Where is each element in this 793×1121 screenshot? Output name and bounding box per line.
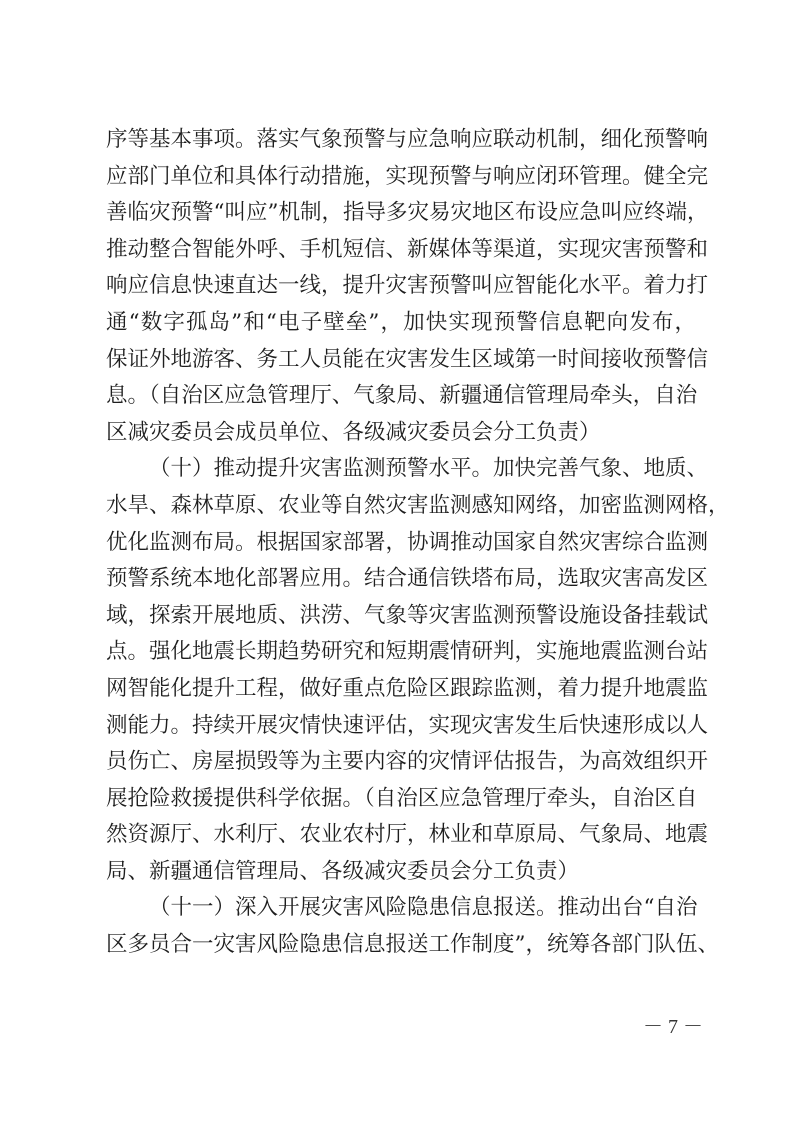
paragraph-section-11: （十一）深入开展灾害风险隐患信息报送。推动出台“自治 区多员合一灾害风险隐患信息… <box>106 890 696 963</box>
text-line: 域，探索开展地质、洪涝、气象等灾害监测预警设施设备挂载试 <box>106 598 696 635</box>
text-line: 优化监测布局。根据国家部署，协调推动国家自然灾害综合监测 <box>106 525 696 562</box>
text-line: 序等基本事项。落实气象预警与应急响应联动机制，细化预警响 <box>106 122 696 159</box>
page-number: － 7 － <box>643 1010 703 1039</box>
paragraph-section-10: （十）推动提升灾害监测预警水平。加快完善气象、地质、 水旱、森林草原、农业等自然… <box>106 451 696 890</box>
text-line: 预警系统本地化部署应用。结合通信铁塔布局，选取灾害高发区 <box>106 561 696 598</box>
text-line: 推动整合智能外呼、手机短信、新媒体等渠道，实现灾害预警和 <box>106 232 696 269</box>
text-line: 应部门单位和具体行动措施，实现预警与响应闭环管理。健全完 <box>106 159 696 196</box>
section-heading-line: （十一）深入开展灾害风险隐患信息报送。推动出台“自治 <box>106 890 696 927</box>
text-line: 保证外地游客、务工人员能在灾害发生区域第一时间接收预警信 <box>106 342 696 379</box>
text-line: 局、新疆通信管理局、各级减灾委员会分工负责） <box>106 854 696 891</box>
paragraph-continued: 序等基本事项。落实气象预警与应急响应联动机制，细化预警响 应部门单位和具体行动措… <box>106 122 696 451</box>
text-line: 员伤亡、房屋损毁等为主要内容的灾情评估报告，为高效组织开 <box>106 744 696 781</box>
text-line: 测能力。持续开展灾情快速评估，实现灾害发生后快速形成以人 <box>106 708 696 745</box>
text-line: 点。强化地震长期趋势研究和短期震情研判，实施地震监测台站 <box>106 634 696 671</box>
text-line: 善临灾预警“叫应”机制，指导多灾易灾地区布设应急叫应终端， <box>106 195 696 232</box>
section-heading-line: （十）推动提升灾害监测预警水平。加快完善气象、地质、 <box>106 451 696 488</box>
body-text: 序等基本事项。落实气象预警与应急响应联动机制，细化预警响 应部门单位和具体行动措… <box>106 122 696 964</box>
text-line: 网智能化提升工程，做好重点危险区跟踪监测，着力提升地震监 <box>106 671 696 708</box>
text-line: 区多员合一灾害风险隐患信息报送工作制度”，统筹各部门队伍、 <box>106 927 696 964</box>
text-line: 响应信息快速直达一线，提升灾害预警叫应智能化水平。着力打 <box>106 268 696 305</box>
text-line: 通“数字孤岛”和“电子壁垒”，加快实现预警信息靶向发布， <box>106 305 696 342</box>
text-line: 展抢险救援提供科学依据。（自治区应急管理厅牵头，自治区自 <box>106 781 696 818</box>
text-line: 息。（自治区应急管理厅、气象局、新疆通信管理局牵头，自治 <box>106 378 696 415</box>
document-page: 序等基本事项。落实气象预警与应急响应联动机制，细化预警响 应部门单位和具体行动措… <box>0 0 793 1121</box>
text-line: 然资源厅、水利厅、农业农村厅，林业和草原局、气象局、地震 <box>106 817 696 854</box>
text-line: 区减灾委员会成员单位、各级减灾委员会分工负责） <box>106 415 696 452</box>
text-line: 水旱、森林草原、农业等自然灾害监测感知网络，加密监测网格， <box>106 488 696 525</box>
